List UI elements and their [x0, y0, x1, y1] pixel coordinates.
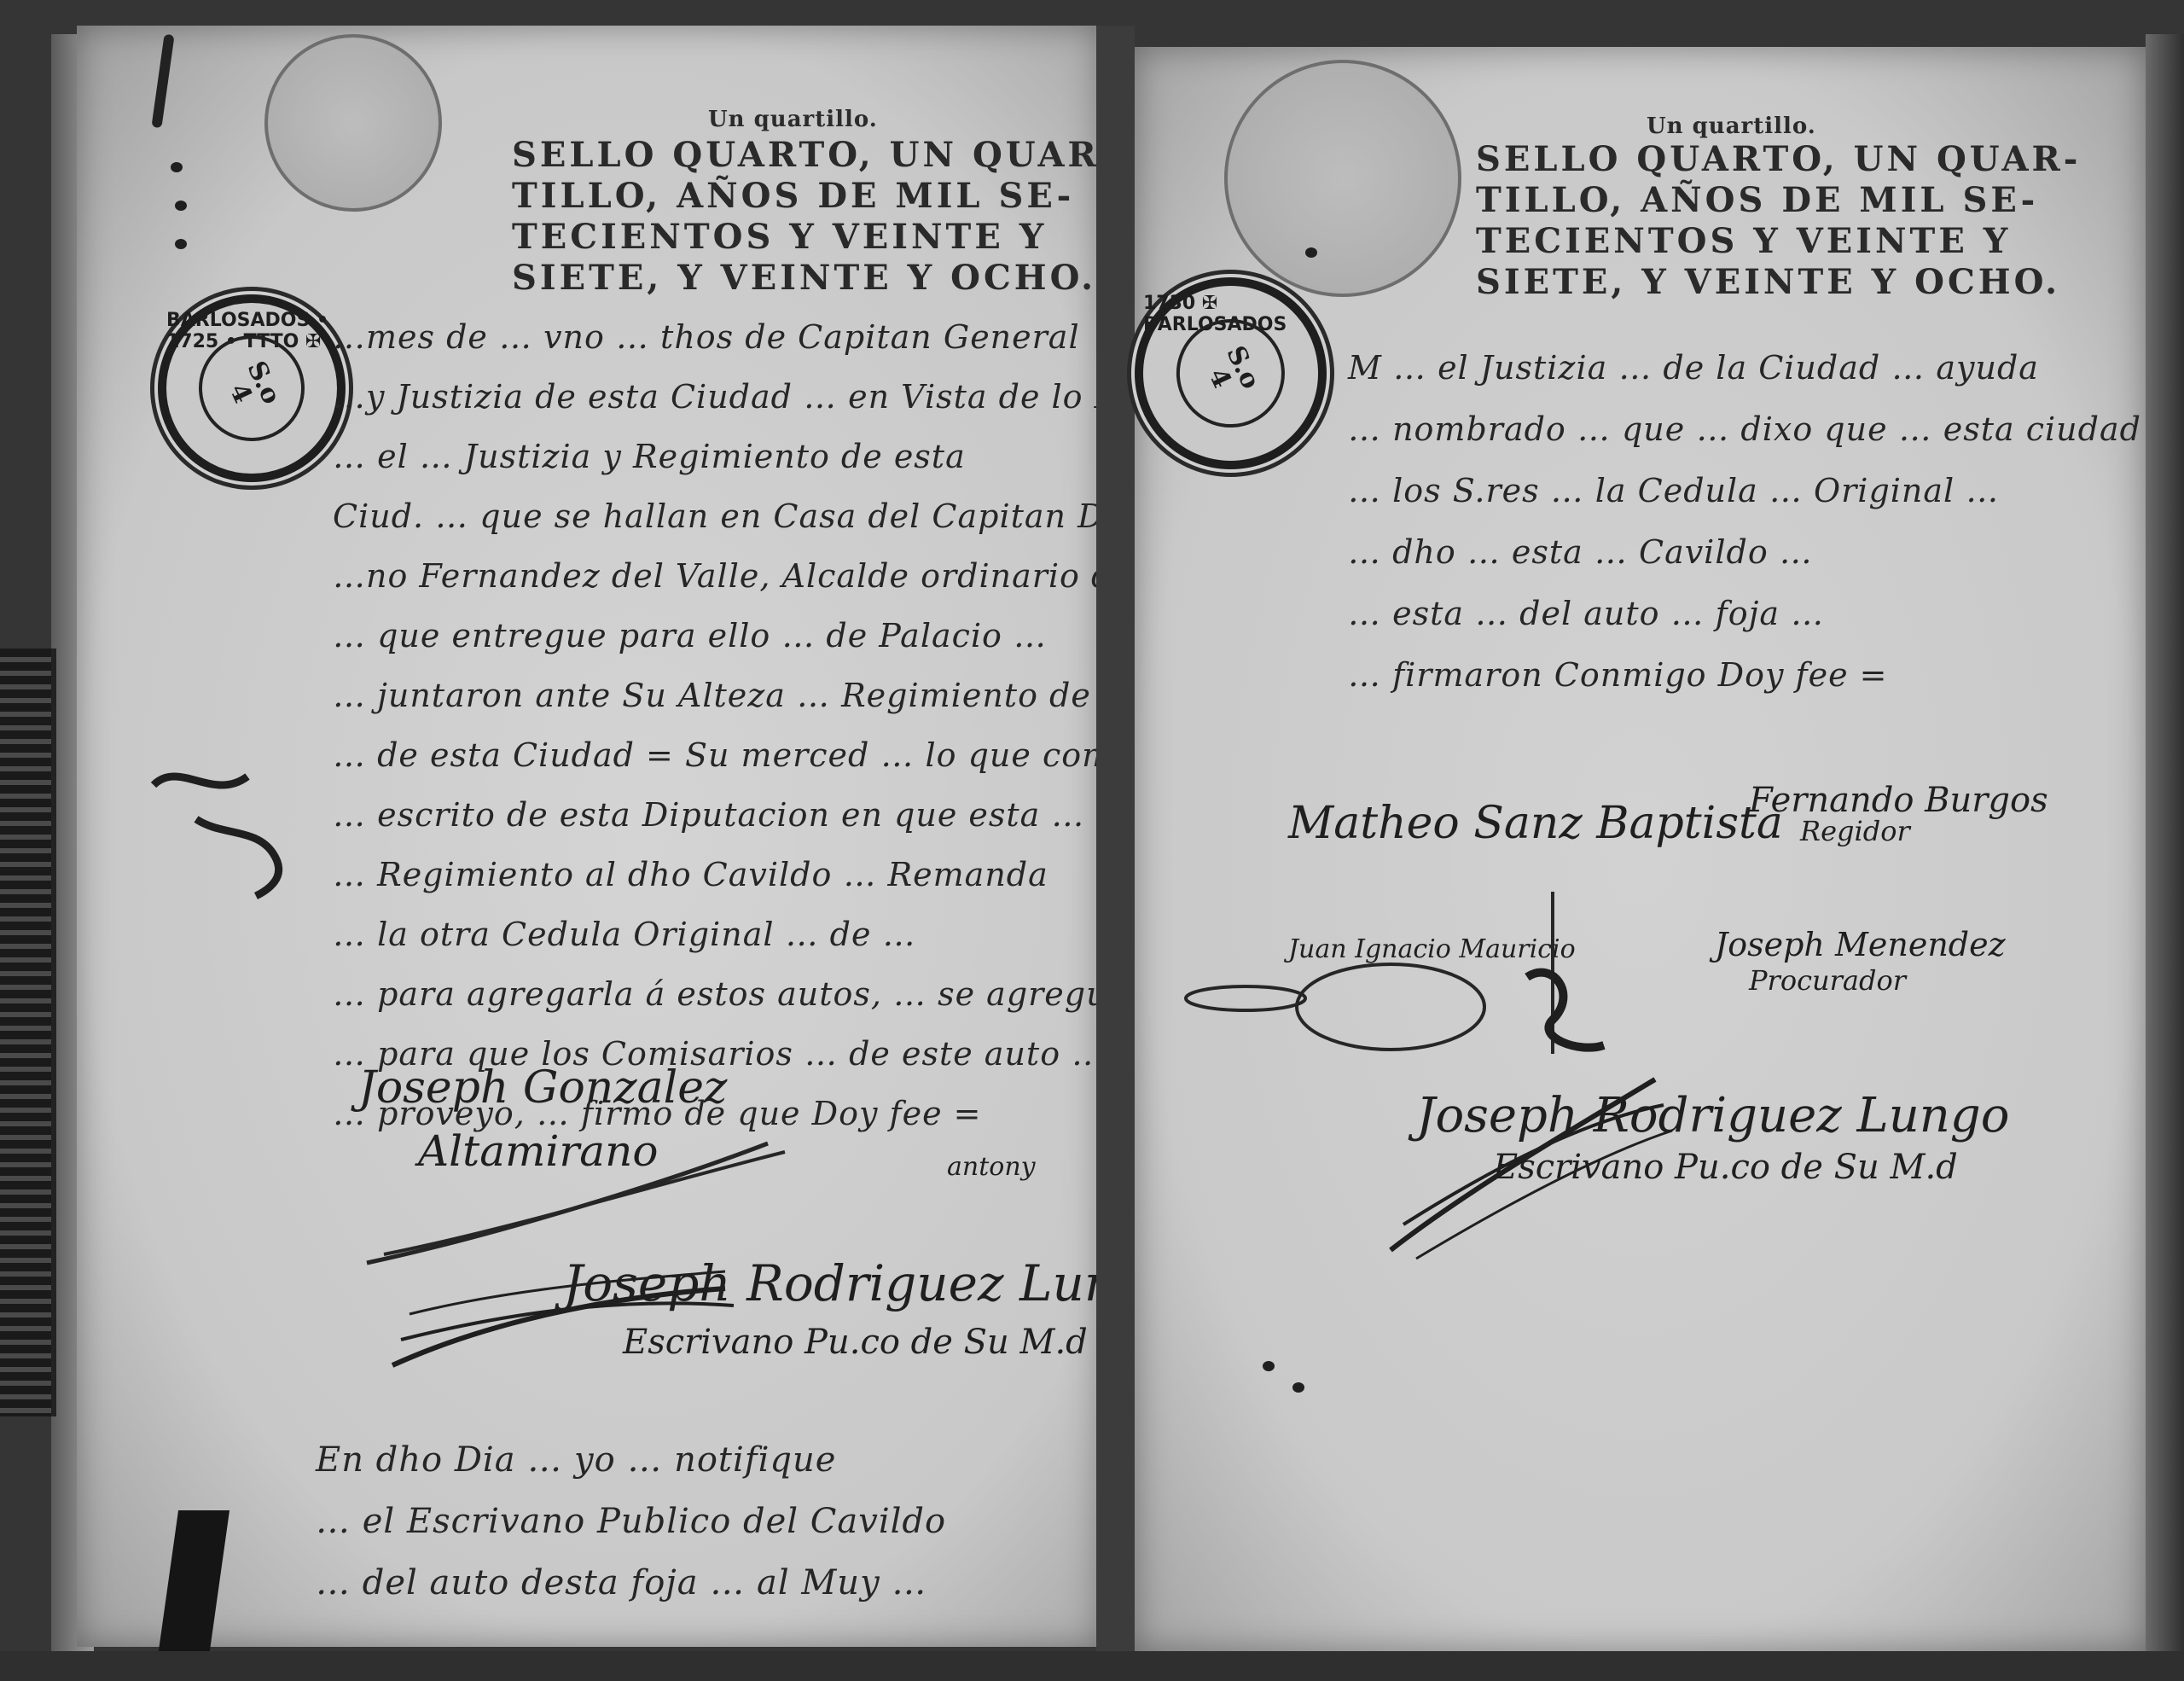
signature-rubric-icon: [1177, 883, 1689, 1071]
book-spine: [0, 649, 56, 1416]
left-stamp-value: 4: [224, 381, 255, 408]
right-tax-stamp-icon: 1730 ✠ BARLOSADOS S.o 4: [1135, 277, 1327, 469]
right-line-6: … firmaron Conmigo Doy fee =: [1348, 644, 2141, 706]
left-tax-stamp-icon: BARLOSADOS • 1725 • TTTO ✠ S.o 4: [158, 294, 346, 482]
left-page: Un quartillo. Sello quarto, un quar- til…: [77, 26, 1101, 1647]
left-signature-1: Joseph Gonzalez: [358, 1062, 727, 1114]
left-faint-seal-icon: [264, 34, 442, 212]
right-signature-1: Matheo Sanz Baptista: [1288, 798, 1783, 849]
right-line-4: … dho … esta … Cavildo …: [1348, 521, 2141, 583]
left-bottom-line-1: En dho Dia … yo … notifique: [316, 1429, 946, 1491]
right-header-line-4: siete, y veinte y ocho.: [1476, 262, 2081, 303]
left-denomination: Un quartillo.: [708, 107, 878, 132]
left-header-line-2: tillo, años de mil se-: [512, 176, 1117, 217]
right-line-2: … nombrado … que … dixo que … esta ciuda…: [1348, 398, 2141, 460]
ink-dot: [175, 201, 187, 211]
left-bottom-text: En dho Dia … yo … notifique … el Escriva…: [316, 1429, 946, 1614]
right-stamp-value: 4: [1204, 365, 1234, 393]
right-signature-2-role: Regidor: [1800, 815, 1910, 847]
margin-mark: [151, 34, 174, 129]
left-header-line-1: Sello quarto, un quar-: [512, 135, 1117, 176]
right-body-text: M … el Justizia … de la Ciudad … ayuda ……: [1348, 337, 2141, 706]
right-signature-4: Joseph Menendez: [1715, 926, 2006, 963]
ink-dot: [1305, 247, 1317, 258]
margin-ink-blot-icon: [145, 751, 299, 922]
left-bottom-line-2: … el Escrivano Publico del Cavildo: [316, 1491, 946, 1552]
right-line-1: M … el Justizia … de la Ciudad … ayuda: [1348, 337, 2141, 398]
right-printed-header: Sello quarto, un quar- tillo, años de mi…: [1476, 139, 2081, 303]
right-header-line-3: tecientos y veinte y: [1476, 221, 2081, 262]
left-printed-header: Sello quarto, un quar- tillo, años de mi…: [512, 135, 1117, 299]
ink-dot: [1292, 1382, 1304, 1393]
right-page: Un quartillo. Sello quarto, un quar- til…: [1135, 47, 2146, 1651]
left-margin-note: antony: [947, 1152, 1036, 1182]
left-header-line-4: siete, y veinte y ocho.: [512, 258, 1117, 299]
right-header-line-1: Sello quarto, un quar-: [1476, 139, 2081, 180]
ink-dot: [175, 239, 187, 249]
left-bottom-line-3: … del auto desta foja … al Muy …: [316, 1552, 946, 1614]
right-denomination: Un quartillo.: [1647, 113, 1816, 139]
scan-bottom-border: [0, 1651, 2184, 1681]
right-header-line-2: tillo, años de mil se-: [1476, 180, 2081, 221]
notary-rubric-icon: [384, 1237, 742, 1391]
right-line-5: … esta … del auto … foja …: [1348, 583, 2141, 644]
notary-rubric-icon: [1382, 1054, 1681, 1267]
right-page-edge: [2146, 34, 2184, 1681]
right-faint-seal-icon: [1224, 60, 1461, 297]
ink-dot: [171, 162, 183, 172]
left-header-line-3: tecientos y veinte y: [512, 217, 1117, 258]
right-line-3: … los S.res … la Cedula … Original …: [1348, 460, 2141, 521]
right-signature-4-role: Procurador: [1749, 964, 1906, 997]
ink-dot: [1263, 1361, 1275, 1371]
page-gutter: [1096, 26, 1135, 1655]
